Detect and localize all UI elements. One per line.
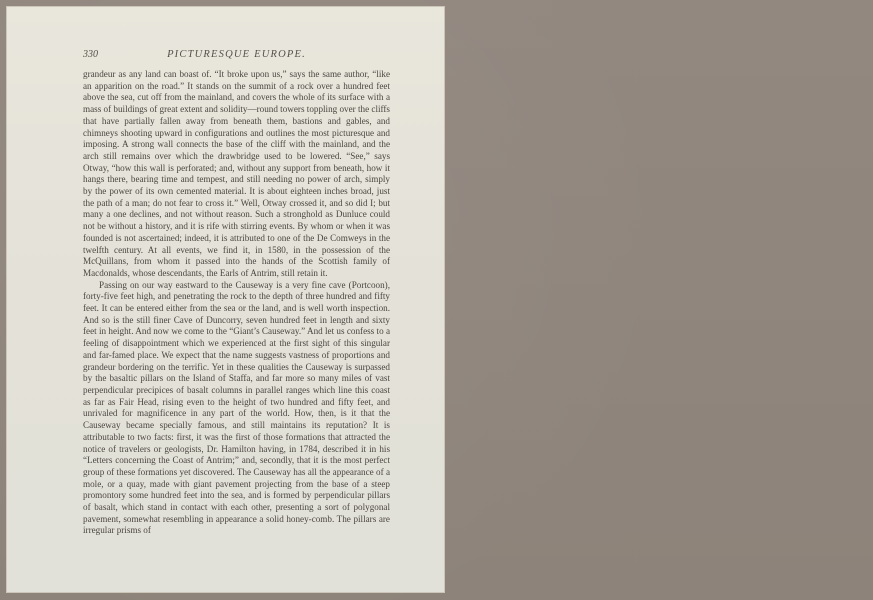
paragraph-2: Passing on our way eastward to the Cause… — [83, 280, 390, 537]
book-page: 330 PICTURESQUE EUROPE. grandeur as any … — [6, 6, 445, 593]
running-head: 330 PICTURESQUE EUROPE. — [83, 49, 390, 63]
running-title: PICTURESQUE EUROPE. — [83, 49, 390, 60]
body-text: grandeur as any land can boast of. “It b… — [83, 69, 390, 537]
paragraph-1: grandeur as any land can boast of. “It b… — [83, 69, 390, 280]
